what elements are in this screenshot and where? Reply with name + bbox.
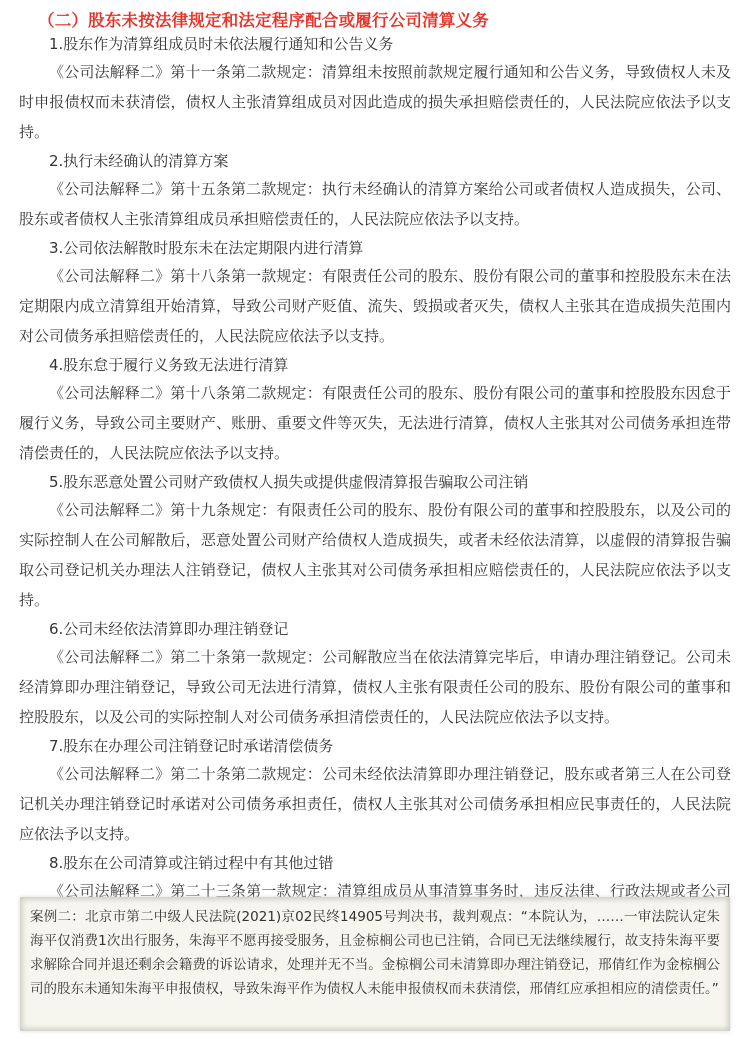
section-heading: （二）股东未按法律规定和法定程序配合或履行公司清算义务 xyxy=(38,7,489,31)
subsection-body-2: 《公司法解释二》第十五条第二款规定：执行未经确认的清算方案给公司或者债权人造成损… xyxy=(19,174,731,234)
article-content: 1.股东作为清算组成员时未依法履行通知和公告义务 《公司法解释二》第十一条第二款… xyxy=(19,32,731,938)
subsection-title-8: 8.股东在公司清算或注销过程中有其他过错 xyxy=(19,851,731,876)
subsection-body-6: 《公司法解释二》第二十条第一款规定：公司解散应当在依法清算完毕后，申请办理注销登… xyxy=(19,642,731,732)
subsection-title-3: 3.公司依法解散时股东未在法定期限内进行清算 xyxy=(19,236,731,261)
article-page: （二）股东未按法律规定和法定程序配合或履行公司清算义务 1.股东作为清算组成员时… xyxy=(0,0,747,1039)
case-quote-text: 案例二：北京市第二中级人民法院(2021)京02民终14905号判决书，裁判观点… xyxy=(30,909,720,997)
subsection-title-5: 5.股东恶意处置公司财产致债权人损失或提供虚假清算报告骗取公司注销 xyxy=(19,470,731,495)
subsection-body-5: 《公司法解释二》第十九条规定：有限责任公司的股东、股份有限公司的董事和控股股东，… xyxy=(19,495,731,615)
subsection-body-7: 《公司法解释二》第二十条第二款规定：公司未经依法清算即办理注销登记，股东或者第三… xyxy=(19,759,731,849)
case-quote-box: 案例二：北京市第二中级人民法院(2021)京02民终14905号判决书，裁判观点… xyxy=(20,897,730,1031)
subsection-title-2: 2.执行未经确认的清算方案 xyxy=(19,149,731,174)
subsection-body-1: 《公司法解释二》第十一条第二款规定：清算组未按照前款规定履行通知和公告义务，导致… xyxy=(19,57,731,147)
subsection-body-4: 《公司法解释二》第十八条第二款规定：有限责任公司的股东、股份有限公司的董事和控股… xyxy=(19,378,731,468)
subsection-title-1: 1.股东作为清算组成员时未依法履行通知和公告义务 xyxy=(19,32,731,57)
subsection-body-3: 《公司法解释二》第十八条第一款规定：有限责任公司的股东、股份有限公司的董事和控股… xyxy=(19,261,731,351)
subsection-title-4: 4.股东怠于履行义务致无法进行清算 xyxy=(19,353,731,378)
subsection-title-7: 7.股东在办理公司注销登记时承诺清偿债务 xyxy=(19,734,731,759)
subsection-title-6: 6.公司未经依法清算即办理注销登记 xyxy=(19,617,731,642)
